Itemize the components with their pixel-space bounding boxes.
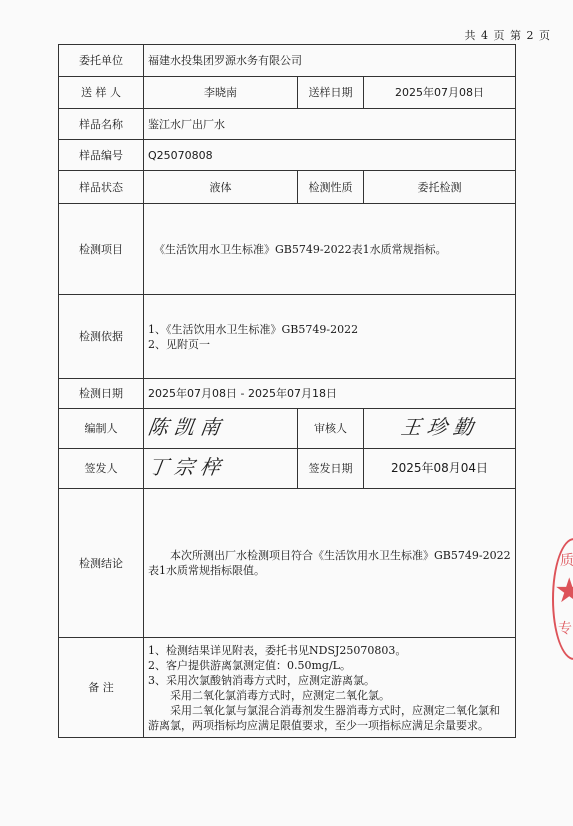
issuer-label: 签发人: [59, 449, 144, 489]
reviewer-label: 审核人: [298, 409, 364, 449]
remark-line: 2、客户提供游离氯测定值：0.50mg/L。: [148, 658, 511, 673]
test-date-label: 检测日期: [59, 379, 144, 409]
remark-line: 1、检测结果详见附表，委托书见NDSJ25070803。: [148, 643, 511, 658]
row-test-basis: 检测依据 1、《生活饮用水卫生标准》GB5749-2022 2、见附页一: [59, 295, 516, 379]
reviewer-signature-cell: 王珍勤: [364, 409, 516, 449]
row-test-date: 检测日期 2025年07月08日 - 2025年07月18日: [59, 379, 516, 409]
remarks-label: 备 注: [59, 638, 144, 738]
row-sender: 送 样 人 李晓南 送样日期 2025年07月08日: [59, 77, 516, 109]
test-items-label: 检测项目: [59, 204, 144, 295]
sample-state-label: 样品状态: [59, 171, 144, 204]
row-client: 委托单位 福建水投集团罗源水务有限公司: [59, 45, 516, 77]
row-issuer: 签发人 丁宗梓 签发日期 2025年08月04日: [59, 449, 516, 489]
client-label: 委托单位: [59, 45, 144, 77]
page-indicator: 共 4 页 第 2 页: [465, 27, 551, 43]
test-date-value: 2025年07月08日 - 2025年07月18日: [144, 379, 516, 409]
test-basis-line: 1、《生活饮用水卫生标准》GB5749-2022: [148, 322, 511, 337]
issue-date-label: 签发日期: [298, 449, 364, 489]
remark-line: 游离氯，两项指标均应满足限值要求，至少一项指标应满足余量要求。: [148, 718, 511, 733]
test-items-value: 《生活饮用水卫生标准》GB5749-2022表1水质常规指标。: [144, 204, 516, 295]
test-report-table: 委托单位 福建水投集团罗源水务有限公司 送 样 人 李晓南 送样日期 2025年…: [58, 44, 516, 738]
row-sample-name: 样品名称 鉴江水厂出厂水: [59, 109, 516, 140]
sample-state-value: 液体: [144, 171, 298, 204]
reviewer-signature: 王珍勤: [399, 420, 479, 435]
row-conclusion: 检测结论 本次所测出厂水检测项目符合《生活饮用水卫生标准》GB5749-2022…: [59, 489, 516, 638]
test-basis-value: 1、《生活饮用水卫生标准》GB5749-2022 2、见附页一: [144, 295, 516, 379]
preparer-signature-cell: 陈凯南: [144, 409, 298, 449]
conclusion-value: 本次所测出厂水检测项目符合《生活饮用水卫生标准》GB5749-2022 表1水质…: [144, 489, 516, 638]
send-date-value: 2025年07月08日: [364, 77, 516, 109]
row-test-items: 检测项目 《生活饮用水卫生标准》GB5749-2022表1水质常规指标。: [59, 204, 516, 295]
test-basis-label: 检测依据: [59, 295, 144, 379]
sender-label: 送 样 人: [59, 77, 144, 109]
remarks-value: 1、检测结果详见附表，委托书见NDSJ25070803。 2、客户提供游离氯测定…: [144, 638, 516, 738]
issuer-signature-cell: 丁宗梓: [144, 449, 298, 489]
preparer-label: 编制人: [59, 409, 144, 449]
sample-name-value: 鉴江水厂出厂水: [144, 109, 516, 140]
preparer-signature: 陈凯南: [147, 420, 227, 435]
test-nature-label: 检测性质: [298, 171, 364, 204]
client-value: 福建水投集团罗源水务有限公司: [144, 45, 516, 77]
sample-id-value: Q25070808: [144, 140, 516, 171]
test-basis-line: 2、见附页一: [148, 337, 511, 352]
issue-date-value: 2025年08月04日: [364, 449, 516, 489]
conclusion-line: 本次所测出厂水检测项目符合《生活饮用水卫生标准》GB5749-2022: [148, 548, 511, 563]
row-remarks: 备 注 1、检测结果详见附表，委托书见NDSJ25070803。 2、客户提供游…: [59, 638, 516, 738]
star-icon: ★: [554, 574, 573, 608]
stamp-bottom-text: 专: [558, 618, 572, 638]
sender-value: 李晓南: [144, 77, 298, 109]
remark-line: 3、采用次氯酸钠消毒方式时，应测定游离氯。: [148, 673, 511, 688]
conclusion-line: 表1水质常规指标限值。: [148, 563, 511, 578]
sample-id-label: 样品编号: [59, 140, 144, 171]
row-preparer: 编制人 陈凯南 审核人 王珍勤: [59, 409, 516, 449]
test-nature-value: 委托检测: [364, 171, 516, 204]
official-seal-stamp: 质 ★ 专: [552, 538, 573, 660]
remark-line: 采用二氧化氯消毒方式时，应测定二氧化氯。: [148, 688, 511, 703]
conclusion-label: 检测结论: [59, 489, 144, 638]
sample-name-label: 样品名称: [59, 109, 144, 140]
issuer-signature: 丁宗梓: [147, 460, 227, 475]
remark-line: 采用二氧化氯与氯混合消毒剂发生器消毒方式时，应测定二氧化氯和: [148, 703, 511, 718]
row-sample-state: 样品状态 液体 检测性质 委托检测: [59, 171, 516, 204]
row-sample-id: 样品编号 Q25070808: [59, 140, 516, 171]
send-date-label: 送样日期: [298, 77, 364, 109]
stamp-top-text: 质: [560, 550, 573, 570]
